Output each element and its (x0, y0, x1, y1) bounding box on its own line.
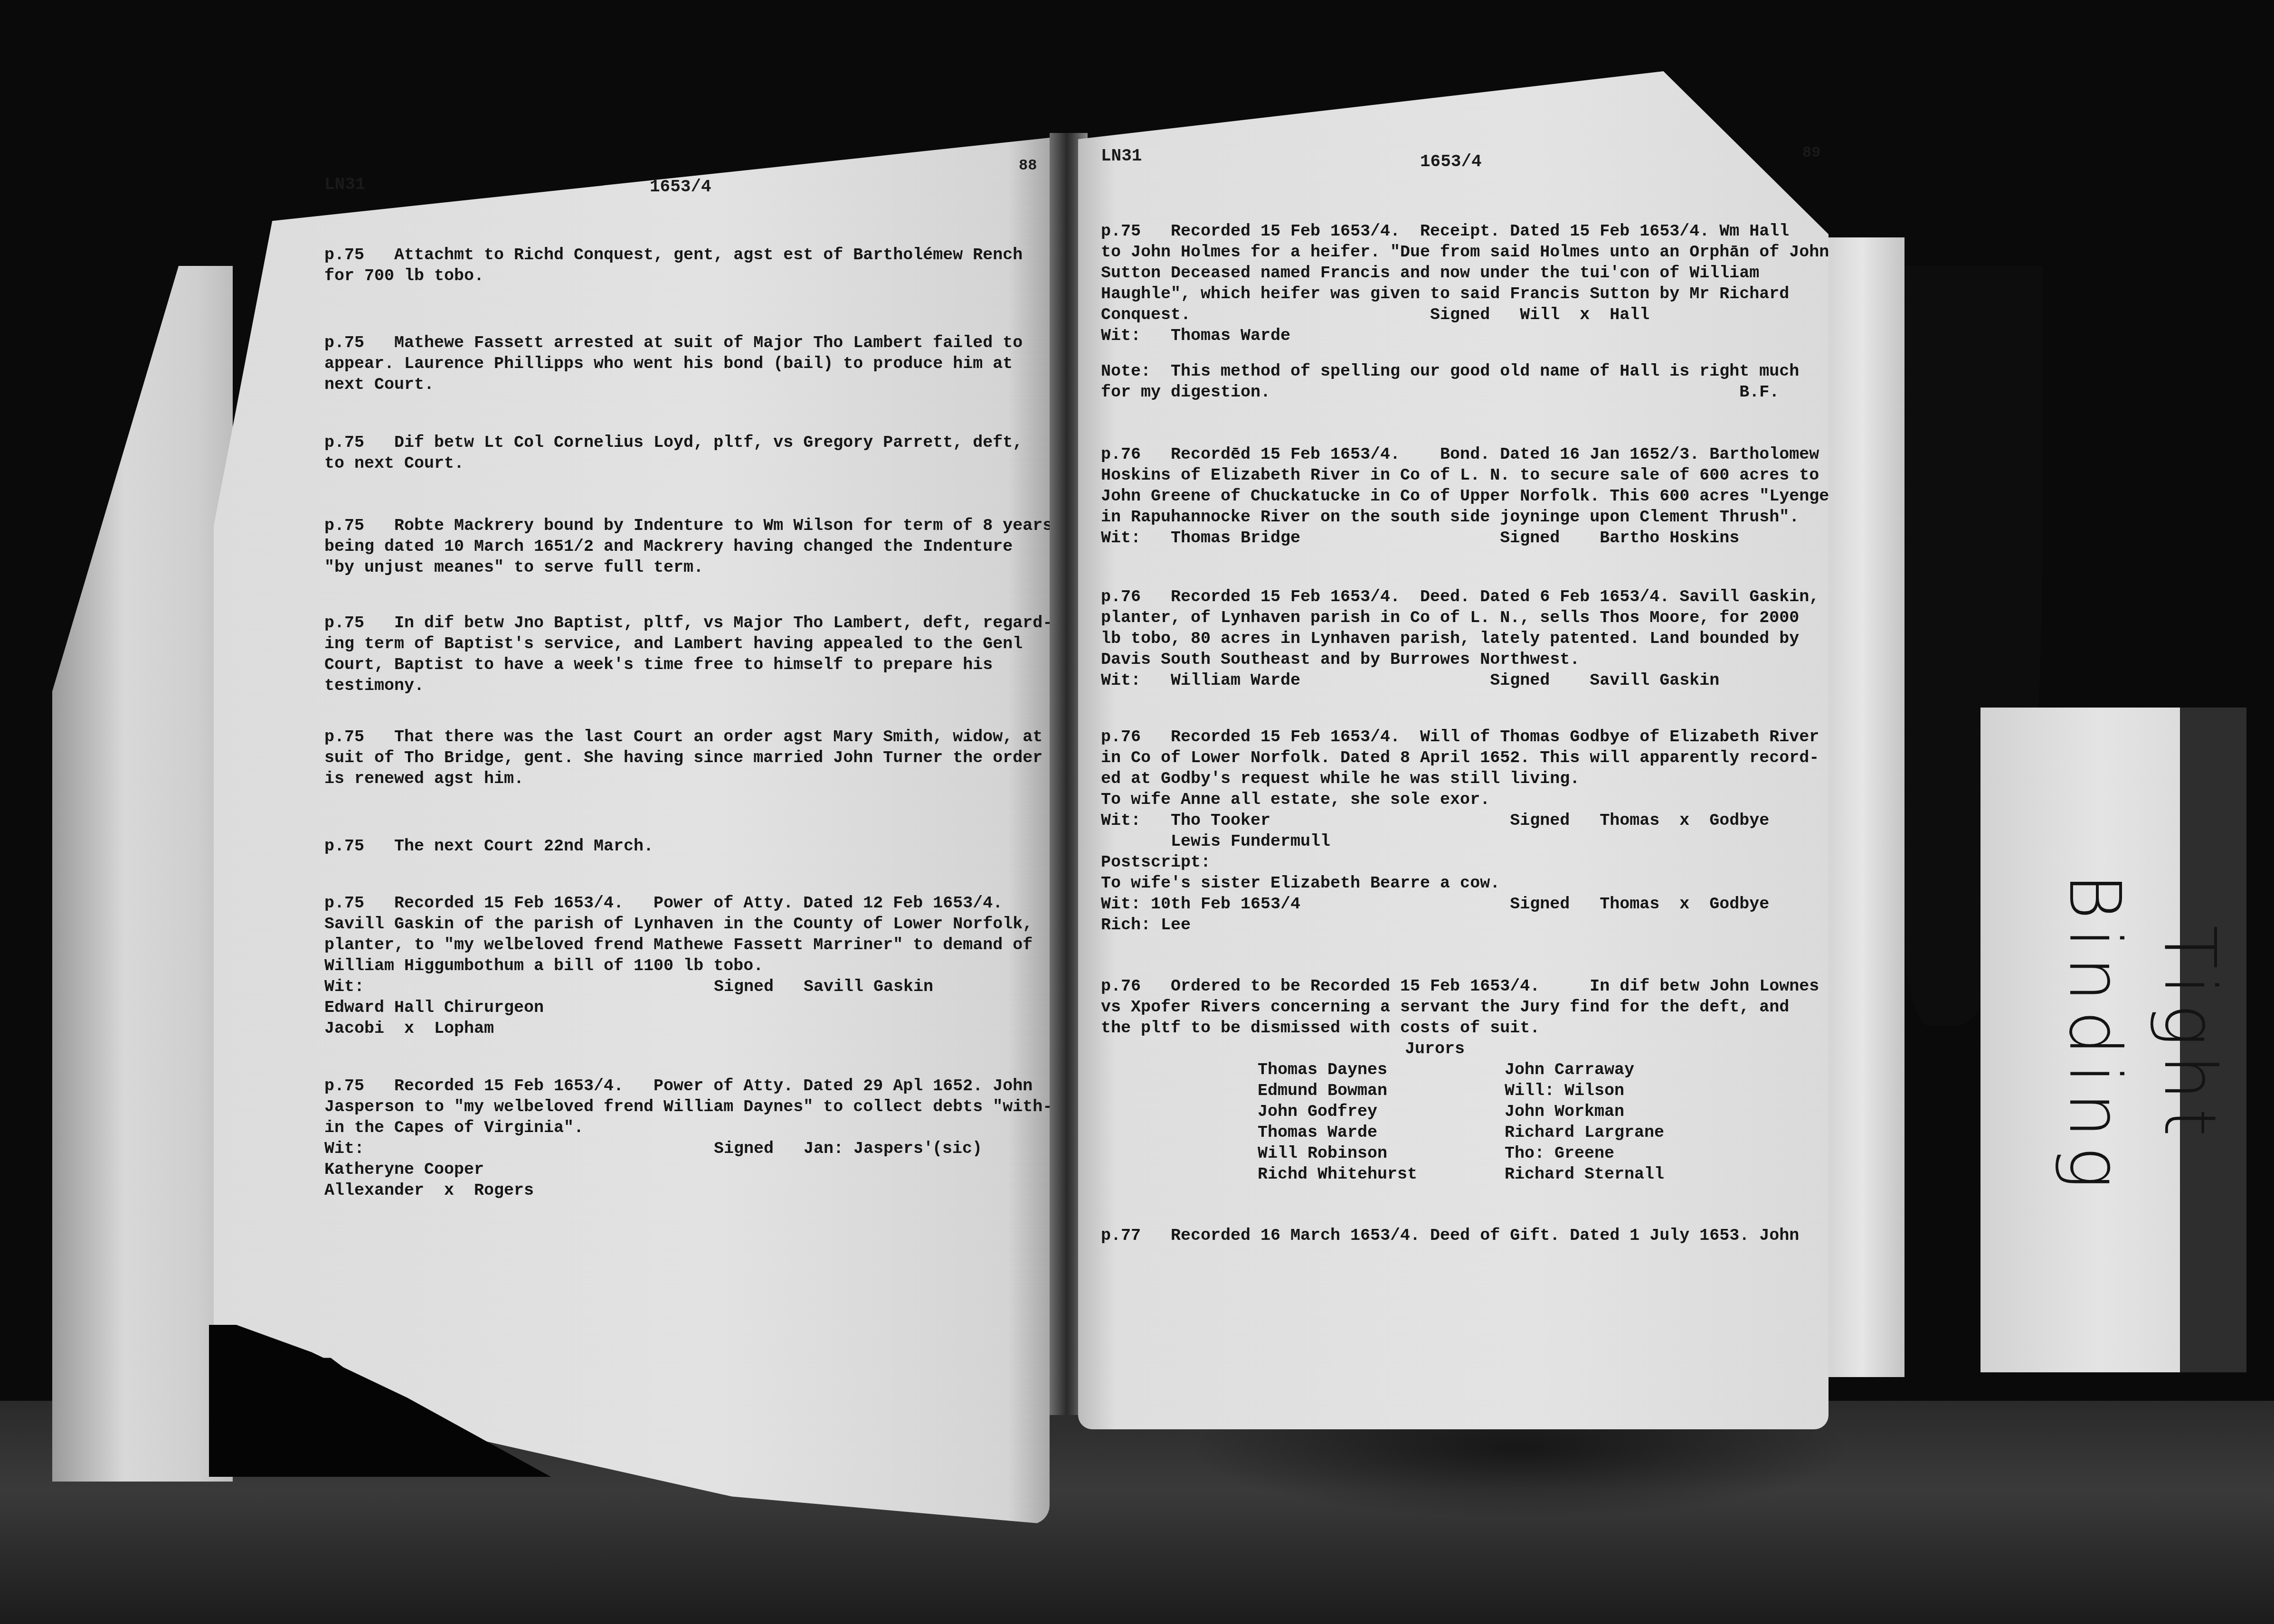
entry-line: p.76 Ordered to be Recorded 15 Feb 1653/… (1101, 976, 1819, 997)
entry-line: the pltf to be dismissed with costs of s… (1101, 1018, 1819, 1039)
right-page-year: 1653/4 (1420, 152, 1482, 171)
witness-name: Allexander x Rogers (324, 1180, 1052, 1201)
record-entry: p.75 Mathewe Fassett arrested at suit of… (324, 332, 1023, 395)
entry-line: p.77 Recorded 16 March 1653/4. Deed of G… (1101, 1225, 1799, 1246)
witness-name: Jacobi x Lopham (324, 1018, 1033, 1039)
juror-name: Richard Largrane (1505, 1122, 1664, 1143)
right-page-number: 89 (1802, 144, 1820, 161)
record-entry: p.75 That there was the last Court an or… (324, 727, 1042, 789)
witness-name: Edward Hall Chirurgeon (324, 997, 1033, 1018)
entry-line: p.76 Recorded 15 Feb 1653/4. Deed. Dated… (1101, 586, 1819, 607)
record-entry: p.75 Robte Mackrery bound by Indenture t… (324, 515, 1052, 578)
jurors-heading: Jurors (1101, 1039, 1819, 1059)
entry-line: To wife Anne all estate, she sole exor. (1101, 789, 1819, 810)
entry-line: p.75 Attachmt to Richd Conquest, gent, a… (324, 245, 1023, 265)
entry-line: p.75 Dif betw Lt Col Cornelius Loyd, plt… (324, 432, 1023, 453)
record-entry: p.75 Recorded 15 Feb 1653/4. Power of At… (324, 893, 1033, 1039)
entry-line: in the Capes of Virginia". (324, 1117, 1052, 1138)
entry-line: is renewed agst him. (324, 768, 1042, 789)
juror-name: Will Robinson (1258, 1143, 1505, 1164)
entry-line: vs Xpofer Rivers concerning a servant th… (1101, 997, 1819, 1018)
entry-line: ing term of Baptist's service, and Lambe… (324, 633, 1052, 654)
binding-note-text: Tight Binding (2142, 750, 2237, 1320)
juror-name: John Godfrey (1258, 1101, 1505, 1122)
entry-line: for 700 lb tobo. (324, 265, 1023, 286)
entry-line: Hoskins of Elizabeth River in Co of L. N… (1101, 465, 1829, 486)
entry-line: planter, to "my welbeloved frend Mathewe… (324, 935, 1033, 955)
juror-name: Edmund Bowman (1258, 1080, 1505, 1101)
entry-line: To wife's sister Elizabeth Bearre a cow. (1101, 873, 1819, 894)
left-page-stack-edge (52, 266, 233, 1482)
entry-line: suit of Tho Bridge, gent. She having sin… (324, 747, 1042, 768)
entry-line: p.75 Recorded 15 Feb 1653/4. Power of At… (324, 893, 1033, 914)
signature: Signed Savill Gaskin (714, 976, 932, 997)
record-entry: p.75 Dif betw Lt Col Cornelius Loyd, plt… (324, 432, 1023, 474)
juror-name: Richd Whitehurst (1258, 1164, 1505, 1185)
left-page-year: 1653/4 (650, 177, 711, 197)
entry-line: John Greene of Chuckatucke in Co of Uppe… (1101, 486, 1829, 507)
entry-line: p.76 Recordēd 15 Feb 1653/4. Bond. Dated… (1101, 444, 1829, 465)
entry-line: Haughle", which heifer was given to said… (1101, 283, 1829, 304)
juror-name: John Workman (1505, 1101, 1664, 1122)
juror-name: Richard Sternall (1505, 1164, 1664, 1185)
entry-line: p.75 Recorded 15 Feb 1653/4. Receipt. Da… (1101, 221, 1829, 242)
entry-line: p.76 Recorded 15 Feb 1653/4. Will of Tho… (1101, 727, 1819, 747)
entry-line: Wit: Tho Tooker Signed Thomas x Godbye (1101, 810, 1819, 831)
entry-line: to John Holmes for a heifer. "Due from s… (1101, 242, 1829, 263)
entry-line: p.75 Robte Mackrery bound by Indenture t… (324, 515, 1052, 536)
entry-line: Wit: 10th Feb 1653/4 Signed Thomas x God… (1101, 894, 1819, 915)
right-page-stack-edge (1819, 237, 1904, 1377)
entry-line: lb tobo, 80 acres in Lynhaven parish, la… (1101, 628, 1819, 649)
juror-name: Thomas Warde (1258, 1122, 1505, 1143)
entry-line: Wit: William Warde Signed Savill Gaskin (1101, 670, 1819, 691)
entry-line: in Rapuhannocke River on the south side … (1101, 507, 1829, 528)
entry-line: appear. Laurence Phillipps who went his … (324, 353, 1023, 374)
entry-line: planter, of Lynhaven parish in Co of L. … (1101, 607, 1819, 628)
juror-name: John Carraway (1505, 1059, 1664, 1080)
left-page-number: 88 (1019, 157, 1037, 174)
entry-line: p.75 Mathewe Fassett arrested at suit of… (324, 332, 1023, 353)
entry-line: p.75 That there was the last Court an or… (324, 727, 1042, 747)
entry-line: testimony. (324, 675, 1052, 696)
record-entry: p.75 Recorded 15 Feb 1653/4. Receipt. Da… (1101, 221, 1829, 346)
entry-line: p.75 In dif betw Jno Baptist, pltf, vs M… (324, 613, 1052, 633)
witness-signature-row: Wit:Signed Savill Gaskin (324, 976, 1033, 997)
entry-line: William Higgumbothum a bill of 1100 lb t… (324, 955, 1033, 976)
signature: Signed Jan: Jaspers' (714, 1138, 932, 1159)
juror-name: Will: Wilson (1505, 1080, 1664, 1101)
entry-line: Rich: Lee (1101, 915, 1819, 935)
record-entry: p.76 Recorded 15 Feb 1653/4. Will of Tho… (1101, 727, 1819, 935)
entry-line: in Co of Lower Norfolk. Dated 8 April 16… (1101, 747, 1819, 768)
entry-line: p.75 The next Court 22nd March. (324, 836, 654, 857)
witness-line: Wit: Thomas Warde (1101, 325, 1829, 346)
witness-name: Katheryne Cooper (324, 1159, 1052, 1180)
entry-line: Jasperson to "my welbeloved frend Willia… (324, 1096, 1052, 1117)
entry-line: ed at Godby's request while he was still… (1101, 768, 1819, 789)
entry-line: Note: This method of spelling our good o… (1101, 361, 1799, 382)
record-entry: p.76 Ordered to be Recorded 15 Feb 1653/… (1101, 976, 1819, 1185)
entry-line: Wit: Thomas Bridge Signed Bartho Hoskins (1101, 528, 1829, 548)
record-entry: p.75 The next Court 22nd March. (324, 836, 654, 857)
witness-signature-row: Wit:Signed Jan: Jaspers'(sic) (324, 1138, 1052, 1159)
entry-line: next Court. (324, 374, 1023, 395)
entry-line: Savill Gaskin of the parish of Lynhaven … (324, 914, 1033, 935)
entry-line: for my digestion. B.F. (1101, 382, 1799, 403)
entry-line: Lewis Fundermull (1101, 831, 1819, 852)
entry-line: being dated 10 March 1651/2 and Mackrery… (324, 536, 1052, 557)
entry-line: Davis South Southeast and by Burrowes No… (1101, 649, 1819, 670)
juror-name: Thomas Daynes (1258, 1059, 1505, 1080)
left-page-ref: LN31 (324, 175, 365, 194)
entry-line: p.75 Recorded 15 Feb 1653/4. Power of At… (324, 1076, 1052, 1096)
record-entry: p.75 In dif betw Jno Baptist, pltf, vs M… (324, 613, 1052, 696)
witness-label: Wit: (324, 976, 714, 997)
entry-line: Postscript: (1101, 852, 1819, 873)
entry-line: Sutton Deceased named Francis and now un… (1101, 263, 1829, 283)
entry-line: Court, Baptist to have a week's time fre… (324, 654, 1052, 675)
witness-label: Wit: (324, 1138, 714, 1159)
record-entry: p.75 Attachmt to Richd Conquest, gent, a… (324, 245, 1023, 286)
jurors-list: Thomas DaynesEdmund BowmanJohn GodfreyTh… (1101, 1059, 1819, 1185)
juror-name: Tho: Greene (1505, 1143, 1664, 1164)
record-entry: p.75 Recorded 15 Feb 1653/4. Power of At… (324, 1076, 1052, 1201)
entry-line: "by unjust meanes" to serve full term. (324, 557, 1052, 578)
right-page-ref: LN31 (1101, 146, 1142, 166)
record-entry: p.77 Recorded 16 March 1653/4. Deed of G… (1101, 1225, 1799, 1246)
record-entry: p.76 Recordēd 15 Feb 1653/4. Bond. Dated… (1101, 444, 1829, 548)
entry-line: Conquest. Signed Will x Hall (1101, 304, 1829, 325)
record-entry: p.76 Recorded 15 Feb 1653/4. Deed. Dated… (1101, 586, 1819, 691)
record-entry: Note: This method of spelling our good o… (1101, 361, 1799, 403)
entry-line: to next Court. (324, 453, 1023, 474)
sic-note: (sic) (932, 1138, 982, 1159)
